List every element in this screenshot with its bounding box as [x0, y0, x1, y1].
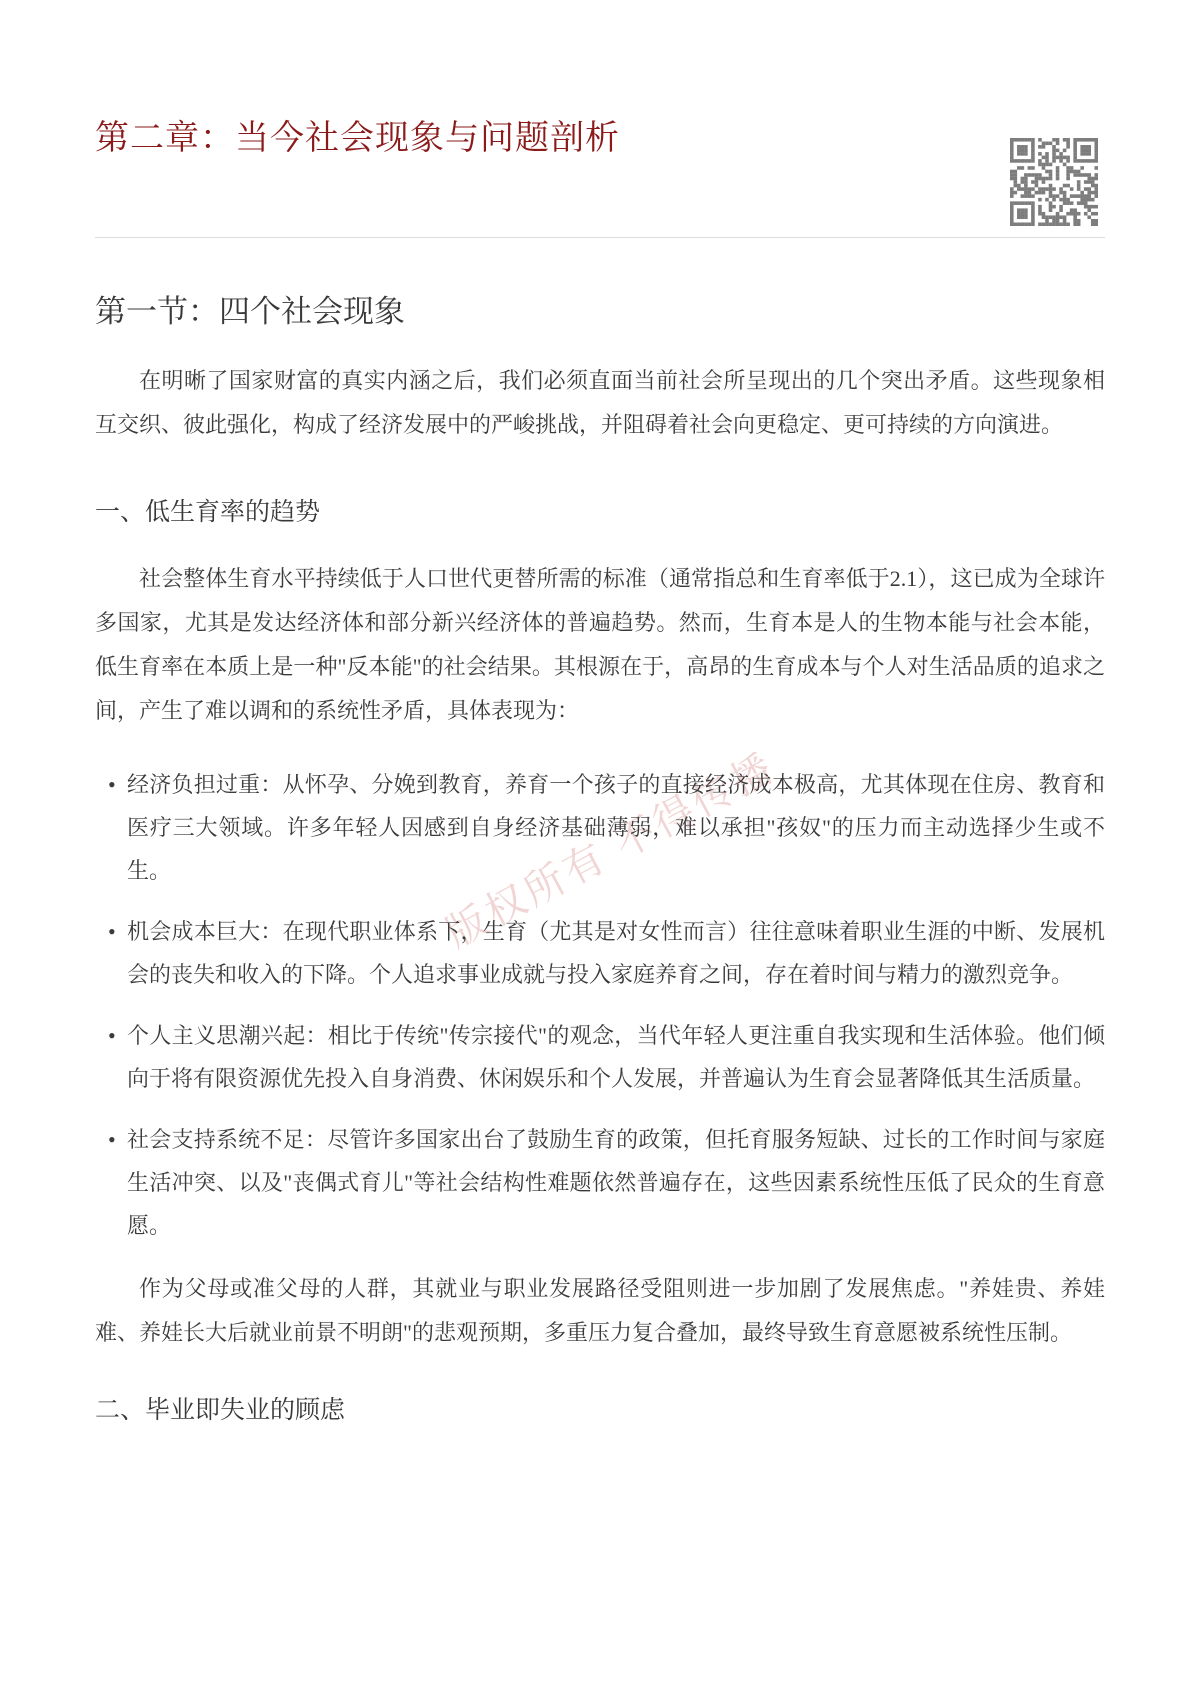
bullet-icon: • — [108, 1118, 116, 1161]
list-item: • 个人主义思潮兴起：相比于传统"传宗接代"的观念，当代年轻人更注重自我实现和生… — [95, 1014, 1105, 1100]
list-item: • 机会成本巨大：在现代职业体系下，生育（尤其是对女性而言）往往意味着职业生涯的… — [95, 910, 1105, 996]
subsection-title-graduate-unemployment: 二、毕业即失业的顾虑 — [95, 1395, 1105, 1427]
bullet-icon: • — [108, 1014, 116, 1057]
chapter-title: 第二章：当今社会现象与问题剖析 — [95, 118, 1105, 160]
list-item: • 经济负担过重：从怀孕、分娩到教育，养育一个孩子的直接经济成本极高，尤其体现在… — [95, 763, 1105, 892]
list-item-text: 机会成本巨大：在现代职业体系下，生育（尤其是对女性而言）往往意味着职业生涯的中断… — [127, 919, 1105, 987]
document-page: 版权所有 不得传播 第二章：当今社会现象与问题剖析 第一节：四个社会现象 在明晰… — [0, 0, 1200, 1699]
bullet-icon: • — [108, 763, 116, 806]
header-divider — [95, 237, 1105, 238]
bullet-list: • 经济负担过重：从怀孕、分娩到教育，养育一个孩子的直接经济成本极高，尤其体现在… — [95, 763, 1105, 1247]
intro-paragraph: 在明晰了国家财富的真实内涵之后，我们必须直面当前社会所呈现出的几个突出矛盾。这些… — [95, 359, 1105, 447]
list-item: • 社会支持系统不足：尽管许多国家出台了鼓励生育的政策，但托育服务短缺、过长的工… — [95, 1118, 1105, 1247]
lead-paragraph: 社会整体生育水平持续低于人口世代更替所需的标准（通常指总和生育率低于2.1），这… — [95, 557, 1105, 733]
qr-code — [1010, 138, 1098, 226]
section-title: 第一节：四个社会现象 — [95, 293, 1105, 331]
list-item-text: 经济负担过重：从怀孕、分娩到教育，养育一个孩子的直接经济成本极高，尤其体现在住房… — [127, 772, 1105, 883]
closing-paragraph: 作为父母或准父母的人群，其就业与职业发展路径受阻则进一步加剧了发展焦虑。"养娃贵… — [95, 1267, 1105, 1355]
subsection-title-low-fertility: 一、低生育率的趋势 — [95, 497, 1105, 529]
list-item-text: 社会支持系统不足：尽管许多国家出台了鼓励生育的政策，但托育服务短缺、过长的工作时… — [127, 1127, 1105, 1238]
list-item-text: 个人主义思潮兴起：相比于传统"传宗接代"的观念，当代年轻人更注重自我实现和生活体… — [127, 1023, 1105, 1091]
bullet-icon: • — [108, 910, 116, 953]
